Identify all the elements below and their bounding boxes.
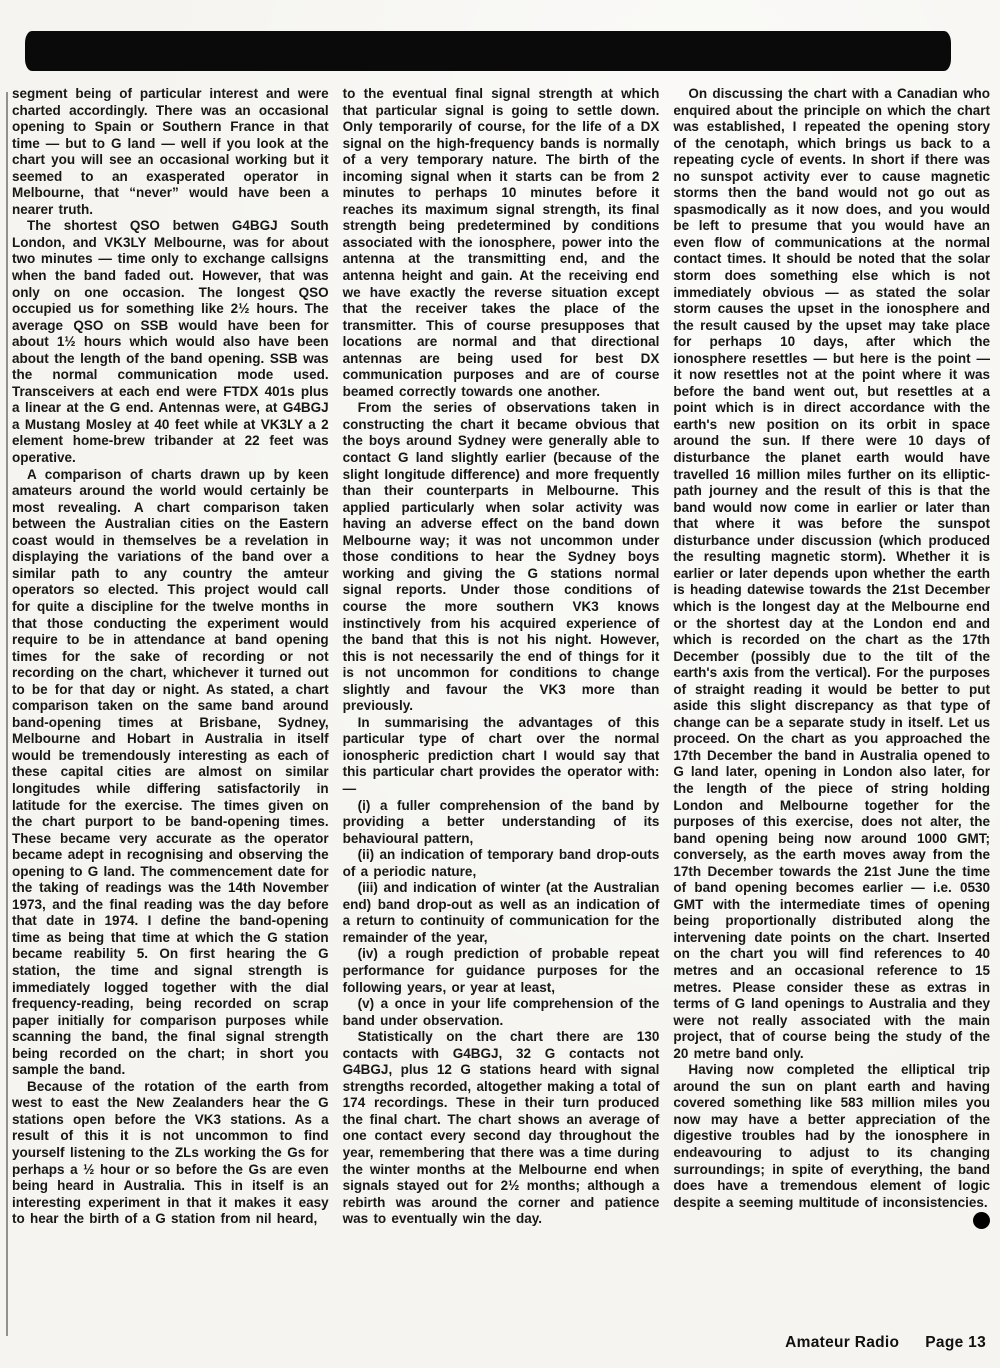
- list-item-iv: (iv) a rough prediction of probable repe…: [343, 946, 660, 996]
- footer: Amateur RadioPage 13: [785, 1334, 986, 1352]
- paragraph: In summarising the advantages of this pa…: [343, 715, 660, 798]
- top-rule-bar: [25, 31, 951, 71]
- paragraph: From the series of observations taken in…: [343, 400, 660, 714]
- paragraph: to the eventual final signal strength at…: [343, 86, 660, 400]
- end-of-article-mark: [973, 1212, 990, 1229]
- paragraph: Because of the rotation of the earth fro…: [12, 1079, 329, 1228]
- list-item-i: (i) a fuller comprehension of the band b…: [343, 798, 660, 848]
- magazine-page: segment being of particular interest and…: [0, 0, 1000, 1368]
- paragraph: On discussing the chart with a Canadian …: [673, 86, 990, 1062]
- paragraph: Statistically on the chart there are 130…: [343, 1029, 660, 1228]
- paragraph: segment being of particular interest and…: [12, 86, 329, 218]
- paragraph-text: Having now completed the elliptical trip…: [673, 1062, 990, 1209]
- article-columns: segment being of particular interest and…: [12, 86, 990, 1229]
- paragraph: A comparison of charts drawn up by keen …: [12, 467, 329, 1079]
- list-item-iii: (iii) and indication of winter (at the A…: [343, 880, 660, 946]
- column-1: segment being of particular interest and…: [12, 86, 329, 1229]
- list-item-v: (v) a once in your life comprehension of…: [343, 996, 660, 1029]
- page-edge-line: [6, 92, 8, 1336]
- paragraph: Having now completed the elliptical trip…: [673, 1062, 990, 1211]
- magazine-title: Amateur Radio: [785, 1334, 899, 1351]
- paragraph: The shortest QSO betwen G4BGJ South Lond…: [12, 218, 329, 466]
- column-2: to the eventual final signal strength at…: [343, 86, 660, 1229]
- list-item-ii: (ii) an indication of temporary band dro…: [343, 847, 660, 880]
- column-3: On discussing the chart with a Canadian …: [673, 86, 990, 1229]
- page-number: Page 13: [925, 1334, 986, 1351]
